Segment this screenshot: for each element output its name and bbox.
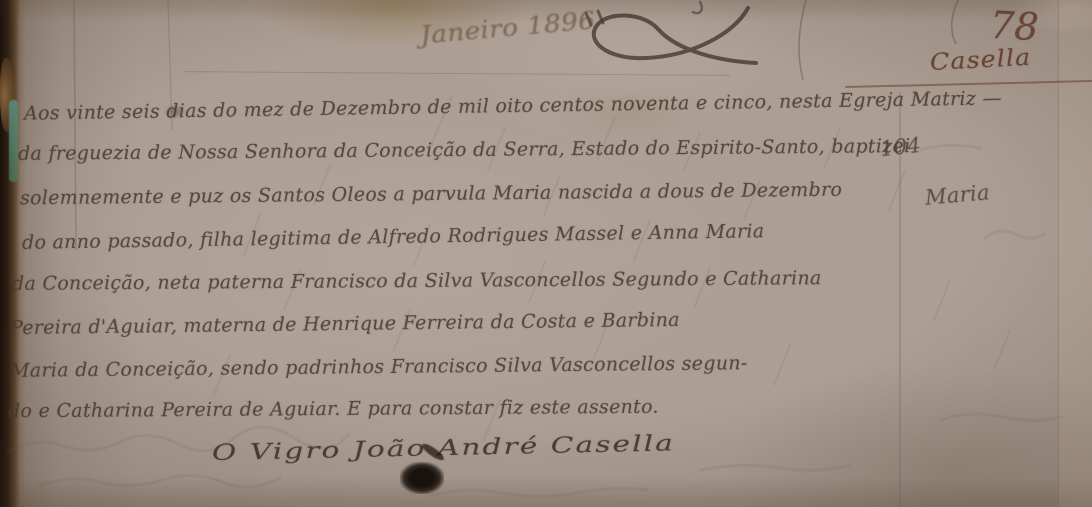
bleedthrough-date: Janeiro 1896 [419, 6, 596, 49]
paper-vignette [0, 0, 1092, 507]
manuscript-line: da Conceição, neta paterna Francisco da … [12, 267, 822, 295]
manuscript-line: da freguezia de Nossa Senhora da Conceiç… [18, 135, 911, 165]
ink-flourish [586, 2, 756, 63]
rubric-underline [845, 80, 1092, 88]
page-edge-strip [1059, 0, 1092, 507]
manuscript-line: solemnemente e puz os Santos Oleos a par… [20, 179, 842, 210]
margin-baptism-name: Maria [924, 180, 991, 210]
header-rubric-signature: Casella [929, 45, 1032, 76]
manuscript-page: 78 Casella Janeiro 1896 104 Maria Aos vi… [0, 0, 1092, 507]
manuscript-line: Pereira d'Aguiar, materna de Henrique Fe… [10, 309, 680, 339]
ink-smudge [164, 104, 186, 119]
ink-blot [400, 462, 444, 494]
ink-decorations [0, 0, 1092, 507]
manuscript-line: do e Catharina Pereira de Aguiar. E para… [8, 396, 659, 423]
priest-signature: O Vigro João André Casella [212, 431, 675, 466]
manuscript-line: Maria da Conceição, sendo padrinhos Fran… [10, 352, 748, 382]
teal-edge-mark [9, 100, 18, 182]
manuscript-line: do anno passado, filha legitima de Alfre… [22, 220, 765, 254]
page-number: 78 [989, 3, 1040, 50]
page-edge-line [1058, 0, 1059, 507]
faint-header-rule [185, 71, 730, 76]
